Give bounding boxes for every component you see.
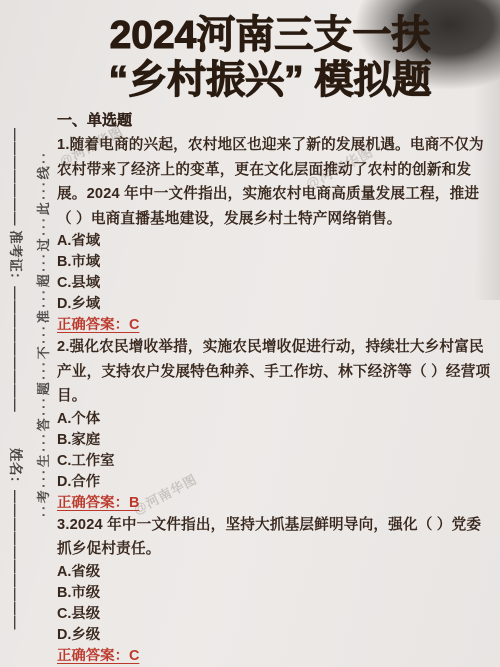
question-line: 产业，支持农户发展特色种养、手工作坊、林下经济等（ ）经营项	[57, 360, 493, 385]
question-block: 2.强化农民增收举措，实施农民增收促进行动，持续壮大乡村富民产业，支持农户发展特…	[57, 335, 493, 513]
question-line: 农村带来了经济上的变革，更在文化层面推动了农村的创新和发	[57, 158, 493, 183]
question-block: 1.随着电商的兴起，农村地区也迎来了新的发展机遇。电商不仅为农村带来了经济上的变…	[57, 133, 493, 335]
question-line: （ ）电商直播基地建设，发展乡村土特产网络销售。	[57, 207, 493, 232]
name-field: 姓名：――――――――――	[7, 448, 27, 630]
exam-paper-page: ··考···生···答···题···不···准···超···过···此···线·…	[0, 0, 500, 667]
option-line: D.合作	[57, 472, 493, 493]
option-line: B.家庭	[57, 430, 493, 451]
option-line: A.省级	[57, 562, 493, 583]
option-line: B.市域	[57, 252, 493, 273]
question-block: 3.2024 年中一文件指出，坚持大抓基层鲜明导向，强化（ ）党委抓乡促村责任。…	[57, 513, 493, 666]
exam-content: 一、单选题 1.随着电商的兴起，农村地区也迎来了新的发展机遇。电商不仅为农村带来…	[57, 108, 493, 666]
option-line: A.个体	[57, 409, 493, 430]
answer-line: 正确答案：C	[57, 315, 139, 335]
option-line: B.市级	[57, 583, 493, 604]
option-line: C.工作室	[57, 451, 493, 472]
option-line: D.乡级	[57, 625, 493, 646]
admission-ticket-field: ――――――― 准考证：―――――――――	[7, 128, 27, 412]
page-title: 2024河南三支一扶 “乡村振兴” 模拟题	[48, 13, 492, 103]
seal-line-text: ··考···生···答···题···不···准···超···过···此···线·…	[33, 0, 49, 667]
option-line: D.乡域	[57, 294, 493, 315]
question-line: 抓乡促村责任。	[57, 537, 493, 562]
option-line: A.省域	[57, 231, 493, 252]
option-line: C.县级	[57, 604, 493, 625]
answer-line: 正确答案：C	[57, 646, 139, 666]
question-line: 目。	[57, 384, 493, 409]
page-title-line1: 2024河南三支一扶	[48, 13, 492, 58]
section-heading: 一、单选题	[57, 108, 493, 133]
question-line: 2.强化农民增收举措，实施农民增收促进行动，持续壮大乡村富民	[57, 335, 493, 360]
question-line: 展。2024 年中一文件指出，实施农村电商高质量发展工程，推进	[57, 182, 493, 207]
questions: 1.随着电商的兴起，农村地区也迎来了新的发展机遇。电商不仅为农村带来了经济上的变…	[57, 133, 493, 666]
page-title-line2: “乡村振兴” 模拟题	[48, 58, 492, 103]
answer-line: 正确答案：B	[57, 493, 139, 513]
option-line: C.县域	[57, 273, 493, 294]
question-line: 3.2024 年中一文件指出，坚持大抓基层鲜明导向，强化（ ）党委	[57, 513, 493, 538]
question-line: 1.随着电商的兴起，农村地区也迎来了新的发展机遇。电商不仅为	[57, 133, 493, 158]
